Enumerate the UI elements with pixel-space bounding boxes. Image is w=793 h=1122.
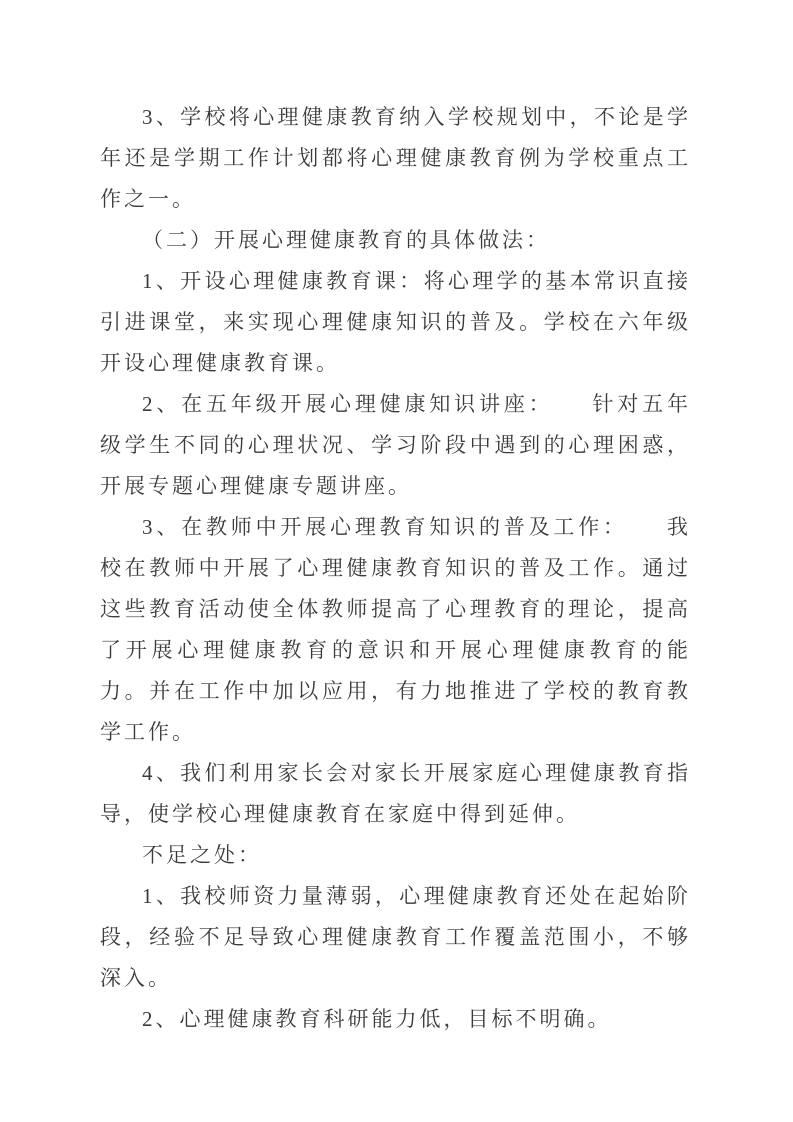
paragraph-shortcoming-1: 1、我校师资力量薄弱，心理健康教育还处在起始阶段，经验不足导致心理健康教育工作覆… xyxy=(100,876,691,999)
paragraph-shortcoming-2: 2、心理健康教育科研能力低，目标不明确。 xyxy=(100,999,691,1040)
document-content: 3、学校将心理健康教育纳入学校规划中，不论是学年还是学期工作计划都将心理健康教育… xyxy=(100,97,691,1040)
paragraph-measure-1-course: 1、开设心理健康教育课：将心理学的基本常识直接引进课堂，来实现心理健康知识的普及… xyxy=(100,261,691,384)
paragraph-point-3-school-plan: 3、学校将心理健康教育纳入学校规划中，不论是学年还是学期工作计划都将心理健康教育… xyxy=(100,97,691,220)
paragraph-measure-3-teachers: 3、在教师中开展心理教育知识的普及工作： 我校在教师中开展了心理健康教育知识的普… xyxy=(100,507,691,753)
paragraph-section-heading-2: （二）开展心理健康教育的具体做法： xyxy=(100,220,691,261)
paragraph-shortcomings-heading: 不足之处： xyxy=(100,835,691,876)
paragraph-measure-4-parents: 4、我们利用家长会对家长开展家庭心理健康教育指导，使学校心理健康教育在家庭中得到… xyxy=(100,753,691,835)
document-page: 3、学校将心理健康教育纳入学校规划中，不论是学年还是学期工作计划都将心理健康教育… xyxy=(0,0,793,1122)
paragraph-measure-2-lecture: 2、在五年级开展心理健康知识讲座： 针对五年级学生不同的心理状况、学习阶段中遇到… xyxy=(100,384,691,507)
